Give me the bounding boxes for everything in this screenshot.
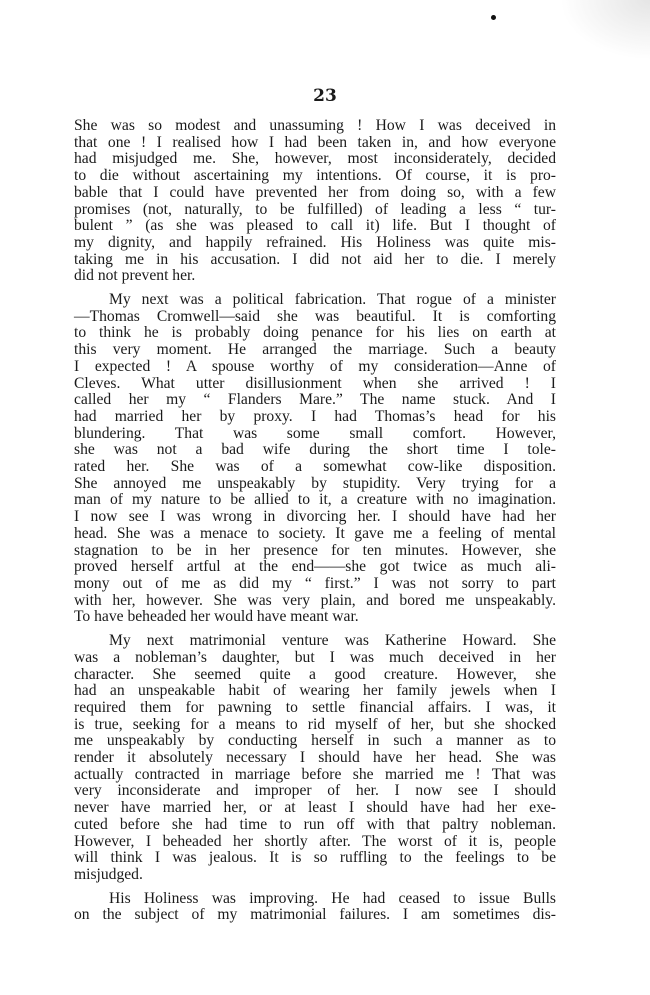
text-line: render it absolutely necessary I should … — [74, 750, 556, 767]
text-line: will think I was jealous. It is so ruffl… — [74, 850, 556, 867]
paragraph: His Holiness was improving. He had cease… — [74, 891, 556, 924]
text-line: my dignity, and happily refrained. His H… — [74, 235, 556, 252]
text-line: promises (not, naturally, to be fulfille… — [74, 202, 556, 219]
text-line: stagnation to be in her presence for ten… — [74, 543, 556, 560]
text-line: she was not a bad wife during the short … — [74, 442, 556, 459]
text-line: However, I beheaded her shortly after. T… — [74, 834, 556, 851]
paragraph: My next was a political fabrication. Tha… — [74, 292, 556, 626]
text-line: that one ! I realised how I had been tak… — [74, 135, 556, 152]
ink-speck — [491, 15, 496, 20]
text-line: did not prevent her. — [74, 268, 556, 285]
text-line: actually contracted in marriage before s… — [74, 767, 556, 784]
text-line: mony out of me as did my “ first.” I was… — [74, 576, 556, 593]
text-line: —Thomas Cromwell—said she was beautiful.… — [74, 309, 556, 326]
text-line: taking me in his accusation. I did not a… — [74, 252, 556, 269]
text-line: blundering. That was some small comfort.… — [74, 426, 556, 443]
text-line: cuted before she had time to run off wit… — [74, 817, 556, 834]
text-line: had married her by proxy. I had Thomas’s… — [74, 409, 556, 426]
text-line: character. She seemed quite a good creat… — [74, 667, 556, 684]
text-line: called her my “ Flanders Mare.” The name… — [74, 392, 556, 409]
text-line: me unspeakably by conducting herself in … — [74, 733, 556, 750]
paragraph: She was so modest and unassuming ! How I… — [74, 118, 556, 285]
text-line: His Holiness was improving. He had cease… — [74, 891, 556, 908]
text-line: My next matrimonial venture was Katherin… — [74, 633, 556, 650]
text-line: never have married her, or at least I sh… — [74, 800, 556, 817]
text-line: proved herself artful at the end——she go… — [74, 559, 556, 576]
text-line: to die without ascertaining my intention… — [74, 168, 556, 185]
text-line: misjudged. — [74, 867, 556, 884]
text-line: with her, however. She was very plain, a… — [74, 593, 556, 610]
text-line: She was so modest and unassuming ! How I… — [74, 118, 556, 135]
body-text: She was so modest and unassuming ! How I… — [74, 118, 556, 931]
text-line: had misjudged me. She, however, most inc… — [74, 151, 556, 168]
text-line: My next was a political fabrication. Tha… — [74, 292, 556, 309]
text-line: man of my nature to be allied to it, a c… — [74, 492, 556, 509]
text-line: had an unspeakable habit of wearing her … — [74, 683, 556, 700]
text-line: rated her. She was of a somewhat cow-lik… — [74, 459, 556, 476]
text-line: To have beheaded her would have meant wa… — [74, 609, 556, 626]
text-line: required them for pawning to settle fina… — [74, 700, 556, 717]
text-line: is true, seeking for a means to rid myse… — [74, 717, 556, 734]
text-line: head. She was a menace to society. It ga… — [74, 526, 556, 543]
page-shadow — [560, 0, 650, 60]
text-line: to think he is probably doing penance fo… — [74, 325, 556, 342]
text-line: I now see I was wrong in divorcing her. … — [74, 509, 556, 526]
text-line: bable that I could have prevented her fr… — [74, 185, 556, 202]
text-line: Cleves. What utter disillusionment when … — [74, 376, 556, 393]
text-line: very inconsiderate and improper of her. … — [74, 783, 556, 800]
page-number: 23 — [0, 86, 650, 106]
paragraph: My next matrimonial venture was Katherin… — [74, 633, 556, 884]
text-line: was a nobleman’s daughter, but I was muc… — [74, 650, 556, 667]
text-line: bulent ” (as she was pleased to call it)… — [74, 218, 556, 235]
text-line: this very moment. He arranged the marria… — [74, 342, 556, 359]
text-line: She annoyed me unspeakably by stupidity.… — [74, 476, 556, 493]
text-line: I expected ! A spouse worthy of my consi… — [74, 359, 556, 376]
text-line: on the subject of my matrimonial failure… — [74, 907, 556, 924]
